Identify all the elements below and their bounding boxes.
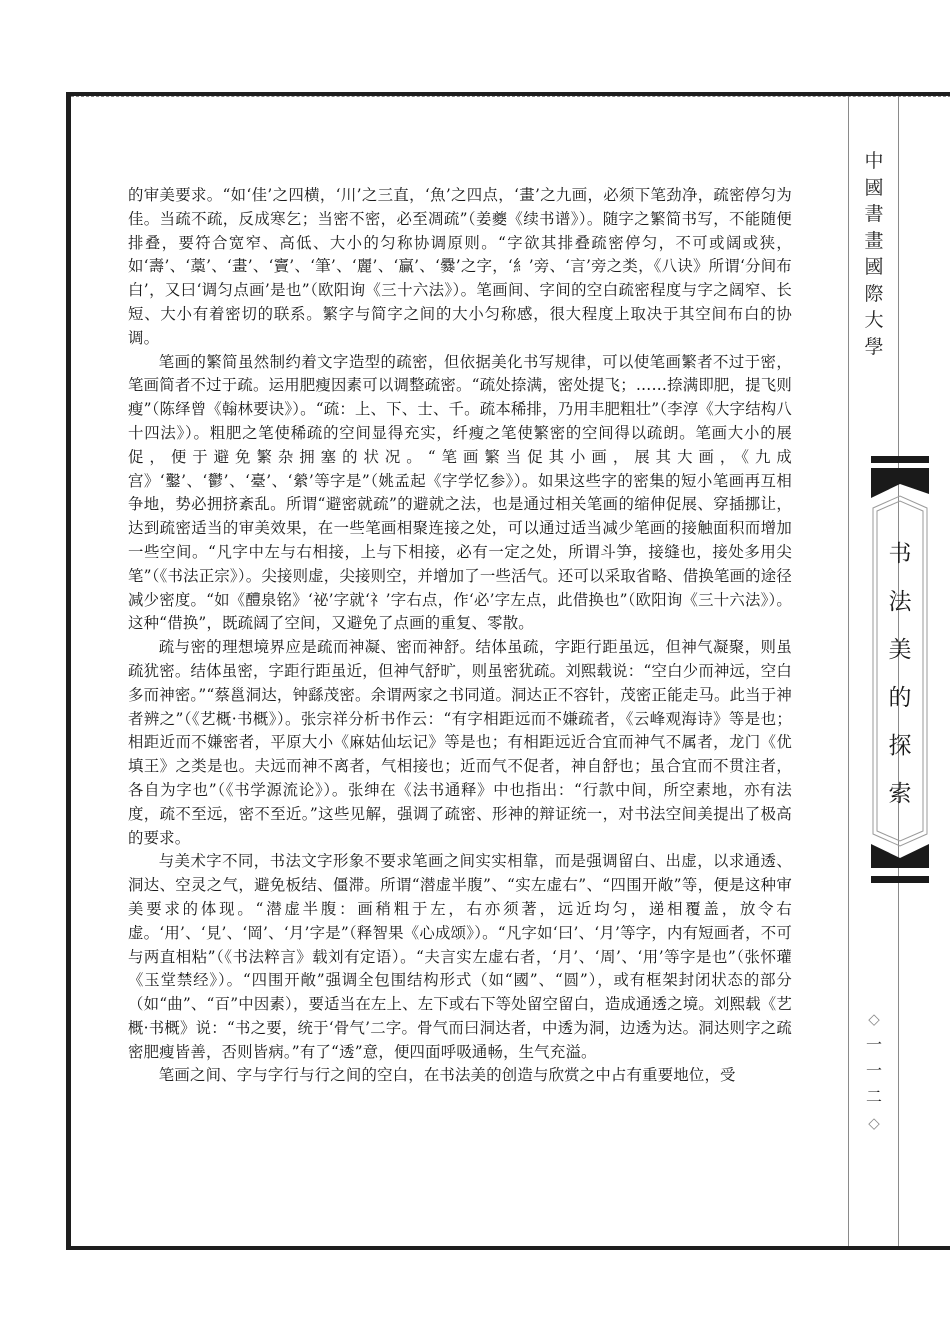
page-digit: 一 — [862, 1058, 886, 1084]
paragraph-4: 与美术字不同，书法文字形象不要求笔画之间实实相靠，而是强调留白、出虚，以求通透、… — [128, 850, 792, 1064]
page-digit: 二 — [862, 1084, 886, 1110]
institution-char: 國 — [862, 175, 886, 202]
paragraph-5: 笔画之间、字与字行与行之间的空白，在书法美的创造与欣赏之中占有重要地位，受 — [128, 1064, 792, 1088]
institution-name-vertical: 中 國 書 畫 國 際 大 學 — [862, 148, 886, 360]
book-title-char: 探 — [871, 722, 929, 770]
paragraph-2: 笔画的繁简虽然制约着文字造型的疏密，但依据美化书写规律，可以使笔画繁者不过于密，… — [128, 351, 792, 637]
paragraph-1: 的审美要求。“如‘佳’之四横，‘川’之三直，‘魚’之四点，‘畫’之九画，必须下笔… — [128, 184, 792, 351]
book-title-char: 书 — [871, 530, 929, 578]
paragraph-3: 疏与密的理想境界应是疏而神凝、密而神舒。结体虽疏，字距行距虽远，但神气凝聚，则虽… — [128, 636, 792, 850]
institution-char: 中 — [862, 148, 886, 175]
page-number: ◇ 一 一 二 ◇ — [862, 1006, 886, 1136]
book-title-banner: 书 法 美 的 探 索 — [871, 456, 929, 886]
diamond-icon: ◇ — [862, 1110, 886, 1136]
book-title-char: 美 — [871, 626, 929, 674]
institution-char: 際 — [862, 281, 886, 308]
book-title-char: 索 — [871, 770, 929, 818]
institution-char: 畫 — [862, 228, 886, 255]
banner-bottom-bar — [871, 876, 929, 883]
sidebar-divider-left — [848, 96, 849, 1246]
book-title-vertical: 书 法 美 的 探 索 — [871, 530, 929, 818]
diamond-icon: ◇ — [862, 1006, 886, 1032]
institution-char: 書 — [862, 201, 886, 228]
institution-char: 大 — [862, 307, 886, 334]
institution-char: 學 — [862, 334, 886, 361]
book-title-char: 的 — [871, 674, 929, 722]
book-title-char: 法 — [871, 578, 929, 626]
body-text: 的审美要求。“如‘佳’之四横，‘川’之三直，‘魚’之四点，‘畫’之九画，必须下笔… — [128, 184, 792, 1088]
page-digit: 一 — [862, 1032, 886, 1058]
institution-char: 國 — [862, 254, 886, 281]
